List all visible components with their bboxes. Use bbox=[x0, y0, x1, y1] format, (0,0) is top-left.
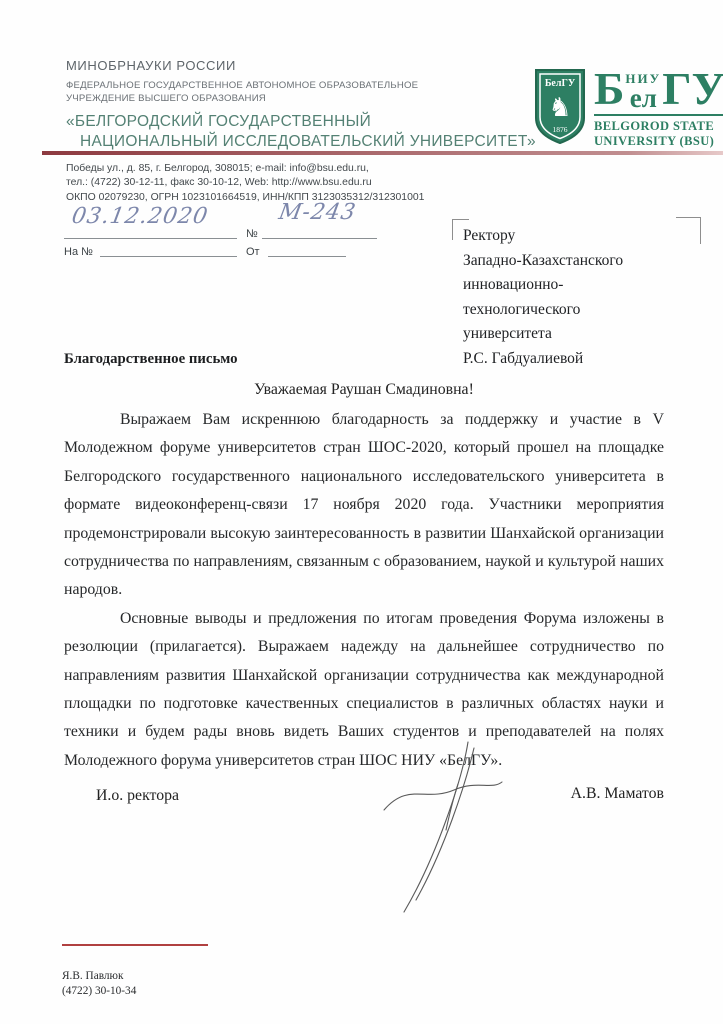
university-name: «БЕЛГОРОДСКИЙ ГОСУДАРСТВЕННЫЙ НАЦИОНАЛЬН… bbox=[66, 112, 536, 152]
handwritten-number: М-243 bbox=[277, 200, 358, 225]
ministry-line: МИНОБРНАУКИ РОССИИ bbox=[66, 58, 536, 73]
address-line-3: ОКПО 02079230, ОГРН 1023101664519, ИНН/К… bbox=[66, 191, 424, 205]
date-rule-line bbox=[64, 238, 237, 239]
executor-phone: (4722) 30-10-34 bbox=[62, 984, 136, 999]
address-line-1: Победы ул., д. 85, г. Белгород, 308015; … bbox=[66, 162, 424, 176]
university-name-line-1: «БЕЛГОРОДСКИЙ ГОСУДАРСТВЕННЫЙ bbox=[66, 112, 536, 132]
from-label: От bbox=[246, 246, 260, 258]
letterhead: МИНОБРНАУКИ РОССИИ ФЕДЕРАЛЬНОЕ ГОСУДАРСТ… bbox=[66, 58, 536, 152]
number-label: № bbox=[246, 228, 258, 240]
wordmark-gu: ГУ bbox=[662, 66, 723, 112]
logo-wordmark: Б НИУ ел ГУ BELGOROD STATE UNIVERSITY (B… bbox=[594, 66, 723, 148]
recipient-line: университета bbox=[463, 322, 623, 347]
number-rule-line bbox=[262, 238, 377, 239]
letter-body: Выражаем Вам искреннюю благодарность за … bbox=[64, 406, 664, 775]
recipient-line: технологического bbox=[463, 298, 623, 323]
address-line-2: тел.: (4722) 30-12-11, факс 30-10-12, We… bbox=[66, 176, 424, 190]
executor-name: Я.В. Павлюк bbox=[62, 969, 136, 984]
executor-divider-line bbox=[62, 944, 208, 946]
address-block: Победы ул., д. 85, г. Белгород, 308015; … bbox=[66, 162, 424, 205]
university-logo: БелГУ ♞ 1876 Б НИУ ел ГУ BELGOROD STATE … bbox=[534, 66, 710, 148]
logo-english-name: BELGOROD STATE UNIVERSITY (BSU) bbox=[594, 119, 723, 148]
recipient-line: инновационно- bbox=[463, 273, 623, 298]
letter-subject: Благодарственное письмо bbox=[64, 351, 238, 368]
recipient-line: Западно-Казахстанского bbox=[463, 249, 623, 274]
university-name-line-2: НАЦИОНАЛЬНЫЙ ИССЛЕДОВАТЕЛЬСКИЙ УНИВЕРСИТ… bbox=[66, 132, 536, 152]
signature-scribble bbox=[350, 738, 540, 918]
logo-wordmark-row: Б НИУ ел ГУ bbox=[594, 66, 723, 116]
horse-emblem-icon: ♞ bbox=[548, 93, 571, 122]
scanned-letter-page: МИНОБРНАУКИ РОССИИ ФЕДЕРАЛЬНОЕ ГОСУДАРСТ… bbox=[0, 0, 723, 1024]
institution-line-1: ФЕДЕРАЛЬНОЕ ГОСУДАРСТВЕННОЕ АВТОНОМНОЕ О… bbox=[66, 80, 536, 93]
recipient-line: Ректору bbox=[463, 224, 623, 249]
recipient-block: Ректору Западно-Казахстанского инновацио… bbox=[463, 224, 623, 371]
body-paragraph-1: Выражаем Вам искреннюю благодарность за … bbox=[64, 406, 664, 605]
shield-year-text: 1876 bbox=[553, 125, 568, 134]
shield-title-text: БелГУ bbox=[545, 78, 576, 89]
university-shield-icon: БелГУ ♞ 1876 bbox=[534, 68, 586, 144]
wordmark-letter-b: Б bbox=[594, 66, 624, 112]
recipient-line: Р.С. Габдуалиевой bbox=[463, 347, 623, 372]
logo-english-line-2: UNIVERSITY (BSU) bbox=[594, 134, 723, 149]
recipient-corner-mark-right bbox=[676, 217, 701, 244]
executor-block: Я.В. Павлюк (4722) 30-10-34 bbox=[62, 969, 136, 999]
institution-line-2: УЧРЕЖДЕНИЕ ВЫСШЕГО ОБРАЗОВАНИЯ bbox=[66, 93, 536, 106]
wordmark-el: ел bbox=[630, 85, 657, 112]
wordmark-middle: НИУ ел bbox=[625, 72, 661, 112]
reply-rule-line bbox=[100, 256, 237, 257]
letterhead-divider-rule bbox=[42, 151, 723, 155]
from-rule-line bbox=[268, 256, 346, 257]
reply-to-label: На № bbox=[64, 246, 93, 258]
handwritten-date: 03.12.2020 bbox=[70, 204, 210, 229]
logo-english-line-1: BELGOROD STATE bbox=[594, 119, 723, 134]
salutation: Уважаемая Раушан Смадиновна! bbox=[64, 381, 664, 399]
